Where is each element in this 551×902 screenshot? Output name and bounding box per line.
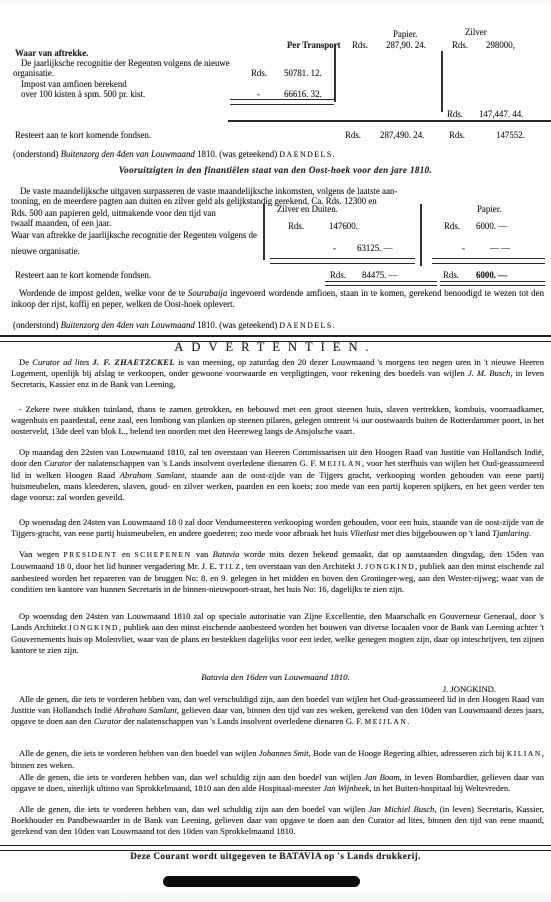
deduction-item1-line2: organisatie. xyxy=(13,68,54,79)
row2-currency-p: - xyxy=(462,243,465,254)
vertical-rule xyxy=(441,51,443,112)
subtotal-amount: 147,447. 44. xyxy=(479,109,523,120)
impost-paragraph: Wordende de impost gelden, welke voor de… xyxy=(11,288,544,310)
total-currency-p: Rds. xyxy=(443,270,459,281)
column-header-papier: Papier. xyxy=(393,29,417,40)
item1-amount: 50781. 12. xyxy=(284,68,322,79)
forecast-left-line4: nieuwe organisatie. xyxy=(11,246,80,257)
estate-notice-busch: Alle de genen, die iets te vorderen hebb… xyxy=(11,804,544,837)
total-amount-p: 6000. — xyxy=(476,270,507,281)
deduction-item2-line2: over 100 kisten à spm. 500 pr. kist. xyxy=(21,89,145,100)
estate-notice-samlant: Alle de genen, die iets te vorderen hebb… xyxy=(11,694,544,728)
row1-currency-p: Rds. xyxy=(444,221,460,232)
row1-amount-p: 6000. — xyxy=(476,221,507,232)
signoff-daendels-2: (onderstond) Buitenzorg den 4den van Lou… xyxy=(13,320,336,332)
vertical-rule xyxy=(420,204,422,266)
resteert-currency-zilver: Rds. xyxy=(449,130,465,141)
per-transport-label: Per Transport xyxy=(287,40,341,51)
ad-paragraph-tuinland: - Zekere twee stukken tuinland, thans te… xyxy=(11,404,544,437)
subtotal-currency: Rds. xyxy=(447,109,463,120)
transport-currency-papier: Rds. xyxy=(352,40,368,51)
table-header-papier: Papier. xyxy=(477,204,501,215)
transport-currency-zilver: Rds. xyxy=(452,40,468,51)
advertentien-heading: ADVERTENTIEN. xyxy=(0,342,551,353)
signoff-daendels-1: (onderstond) Buitenzorg den 4den van Lou… xyxy=(13,149,336,161)
row2-currency-z: - xyxy=(333,243,336,254)
resteert-amount-papier: 287,490. 24. xyxy=(380,130,424,141)
dashed-rule xyxy=(432,258,545,264)
ad-paragraph-curator-sale: De Curator ad lites J. F. ZHAETZCKEL is … xyxy=(11,357,544,390)
row2-amount-z: 63125. — xyxy=(357,243,393,254)
item1-currency: Rds. xyxy=(251,68,267,79)
forecast-heading: Vooruitzigten in den finantiëlen staat v… xyxy=(0,165,551,176)
total-amount-z: 84475. — xyxy=(362,270,398,281)
estate-notice-smit: Alle de genen, die iets te vorderen hebb… xyxy=(11,748,544,771)
resteert-label: Resteert aan te kort komende fondsen. xyxy=(15,130,151,141)
vertical-rule xyxy=(263,204,265,260)
forecast-left-line3: Waar van aftrekke de jaarlijksche recogn… xyxy=(11,230,257,241)
row1-amount-z: 147600. xyxy=(329,221,358,232)
horizontal-rule xyxy=(228,120,551,122)
transport-amount-papier: 287,90. 24. xyxy=(386,40,426,51)
dashed-rule xyxy=(440,281,545,286)
resteert-amount-zilver: 147552. xyxy=(496,130,525,141)
scanned-newspaper-page: Papier. Zilver Per Transport Rds. 287,90… xyxy=(0,0,551,902)
vertical-rule xyxy=(334,44,336,102)
resteert-currency-papier: Rds. xyxy=(345,130,361,141)
row2-amount-p: — — xyxy=(490,243,510,254)
estate-notice-boam: Alle de genen, die iets te vorderen hebb… xyxy=(11,772,544,794)
imprint-line: Deze Courant wordt uitgegeven te BATAVIA… xyxy=(0,851,551,862)
resteert-label-2: Resteert aan te kort komende fondsen. xyxy=(15,270,151,281)
table-header-zilver-duiten: Zilver en Duiten. xyxy=(277,204,338,215)
forecast-left-line2: twaalf maanden, of een jaar. xyxy=(11,218,111,229)
dashed-subtotal-rule xyxy=(230,99,334,105)
ad-paragraph-bridge-repair: Van wegen PRESIDENT en SCHEPENEN van Bat… xyxy=(11,549,544,595)
ad-paragraph-bank-construction: Op woensdag den 24sten van Louwmaand 181… xyxy=(11,611,544,656)
batavia-dateline: Batavia den 16den van Louwmaand 1810. xyxy=(0,672,551,683)
scan-ink-bar-artifact xyxy=(163,876,360,887)
dashed-rule xyxy=(325,281,437,286)
ad-paragraph-samlant-auction: Op maandag den 22sten van Louwmaand 1810… xyxy=(11,447,544,503)
transport-amount-zilver: 298000, xyxy=(486,40,515,51)
row1-currency-z: Rds. xyxy=(288,221,304,232)
total-currency-z: Rds. xyxy=(330,270,346,281)
dashed-rule xyxy=(270,258,415,264)
ad-paragraph-vendumeesteren: Op woensdag den 24sten van Louwmaand 18 … xyxy=(11,517,544,539)
column-header-zilver: Zilver xyxy=(465,27,487,38)
